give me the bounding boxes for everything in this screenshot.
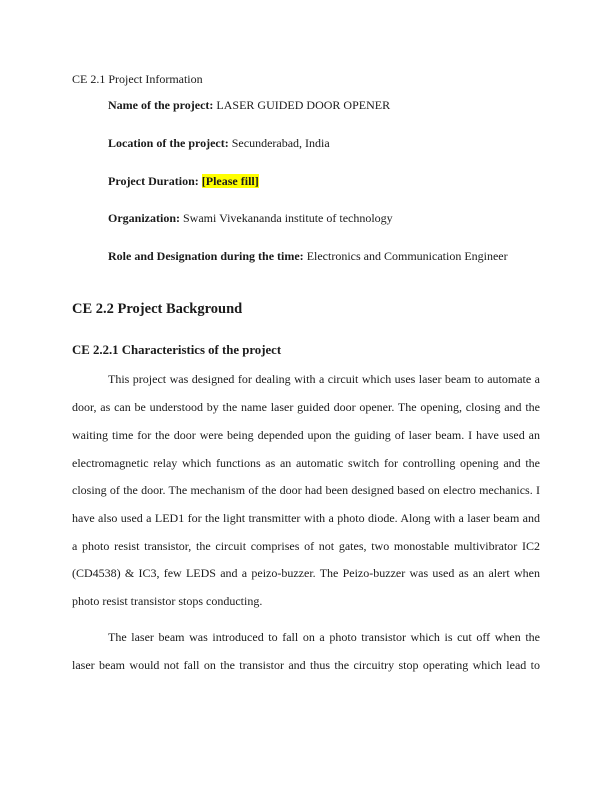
heading-characteristics: CE 2.2.1 Characteristics of the project — [72, 343, 281, 358]
paragraph-line: have also used a LED1 for the light tran… — [72, 511, 540, 525]
project-location-value: Secunderabad, India — [232, 136, 330, 150]
project-location-label: Location of the project: — [108, 136, 229, 150]
project-name-label: Name of the project: — [108, 98, 213, 112]
paragraph-line: laser beam would not fall on the transis… — [72, 658, 540, 672]
role-row: Role and Designation during the time: El… — [108, 249, 508, 263]
paragraph-line: closing of the door. The mechanism of th… — [72, 483, 540, 497]
organization-label: Organization: — [108, 211, 180, 225]
project-duration-label: Project Duration: — [108, 174, 199, 188]
paragraph-line: door, as can be understood by the name l… — [72, 400, 540, 414]
project-duration-row: Project Duration: [Please fill] — [108, 174, 259, 188]
heading-project-background: CE 2.2 Project Background — [72, 301, 242, 318]
role-value: Electronics and Communication Engineer — [307, 249, 508, 263]
paragraph-line: (CD4538) & IC3, few LEDS and a peizo-buz… — [72, 566, 540, 580]
project-location-row: Location of the project: Secunderabad, I… — [108, 136, 330, 150]
paragraph-line: This project was designed for dealing wi… — [108, 372, 540, 386]
project-name-row: Name of the project: LASER GUIDED DOOR O… — [108, 98, 390, 112]
paragraph-line: waiting time for the door were being dep… — [72, 428, 540, 442]
organization-row: Organization: Swami Vivekananda institut… — [108, 211, 393, 225]
paragraph-line: photo resist transistor stops conducting… — [72, 594, 540, 608]
role-label: Role and Designation during the time: — [108, 249, 304, 263]
paragraph-line: The laser beam was introduced to fall on… — [108, 630, 540, 644]
project-duration-value: [Please fill] — [202, 174, 259, 188]
section-title: CE 2.1 Project Information — [72, 72, 203, 86]
paragraph-line: a photo resist transistor, the circuit c… — [72, 539, 540, 553]
project-name-value: LASER GUIDED DOOR OPENER — [216, 98, 390, 112]
paragraph-line: electromagnetic relay which functions as… — [72, 456, 540, 470]
organization-value: Swami Vivekananda institute of technolog… — [183, 211, 393, 225]
